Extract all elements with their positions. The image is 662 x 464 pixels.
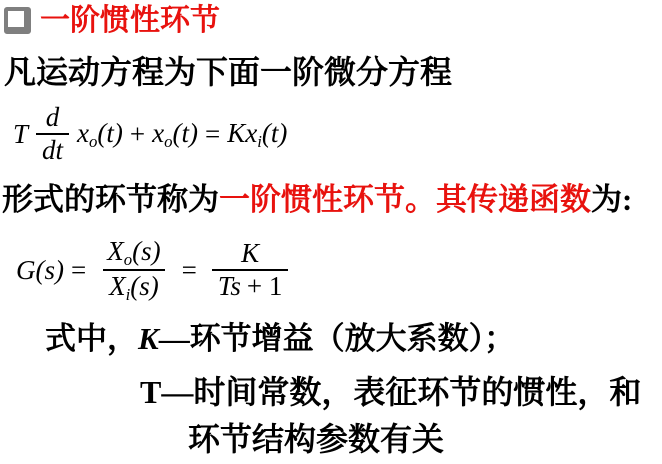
definition-black-prefix: 形式的环节称为 bbox=[2, 182, 219, 217]
fraction-denominator: Ts+ 1 bbox=[212, 269, 289, 302]
note-gain: 式中，K—环节增益（放大系数）； bbox=[45, 320, 515, 359]
math-argument: (t) bbox=[262, 118, 287, 148]
slide-title-row: 一阶惯性环节 bbox=[4, 4, 220, 37]
note-gain-prefix: 式中， bbox=[45, 321, 138, 356]
math-argument: (s) bbox=[130, 271, 159, 301]
definition-black-suffix: 为: bbox=[591, 182, 632, 217]
note-time-constant-continued: 环节结构参数有关 bbox=[188, 419, 444, 459]
math-variable: Ts bbox=[218, 271, 241, 301]
symbol-K: K bbox=[138, 321, 159, 356]
definition-sentence: 形式的环节称为一阶惯性环节。其传递函数为: bbox=[2, 181, 632, 220]
motion-equation: T d dt xo(t) + xo(t) = Kxi(t) bbox=[13, 100, 287, 168]
intro-sentence: 凡运动方程为下面一阶微分方程 bbox=[4, 52, 452, 92]
equals-operator: = bbox=[205, 119, 220, 150]
note-time-constant-text: —时间常数，表征环节的惯性，和 bbox=[161, 374, 641, 410]
slide-title: 一阶惯性环节 bbox=[40, 4, 220, 37]
definition-red-emphasis: 一阶惯性环节。其传递函数 bbox=[219, 182, 591, 217]
math-variable: X bbox=[107, 236, 124, 266]
input-term: Kxi(t) bbox=[227, 118, 287, 151]
math-constant: + 1 bbox=[247, 271, 282, 301]
math-coefficient-T: T bbox=[13, 119, 28, 150]
fraction-numerator: d bbox=[40, 102, 66, 133]
symbol-T: T bbox=[140, 374, 161, 410]
fraction-numerator: Xo(s) bbox=[101, 236, 166, 269]
equals-operator: = bbox=[71, 255, 86, 286]
derivative-fraction: d dt bbox=[36, 102, 69, 166]
output-term: xo(t) bbox=[152, 118, 198, 151]
slide: 一阶惯性环节 凡运动方程为下面一阶微分方程 T d dt xo(t) + xo(… bbox=[0, 0, 662, 464]
math-argument: (t) bbox=[172, 118, 197, 148]
math-argument: (s) bbox=[132, 236, 161, 266]
math-argument: (t) bbox=[97, 118, 122, 148]
math-variable: Kx bbox=[227, 118, 257, 148]
transfer-function-lhs: G(s) bbox=[16, 255, 64, 286]
gain-fraction: K Ts+ 1 bbox=[212, 238, 289, 302]
note-time-constant: T—时间常数，表征环节的惯性，和 bbox=[140, 372, 641, 412]
math-variable: x bbox=[152, 118, 164, 148]
transfer-function-equation: G(s) = Xo(s) Xi(s) = K Ts+ 1 bbox=[16, 230, 296, 310]
fraction-denominator: dt bbox=[36, 133, 69, 166]
math-subscript: o bbox=[124, 250, 132, 269]
math-variable: x bbox=[77, 118, 89, 148]
laplace-ratio-fraction: Xo(s) Xi(s) bbox=[101, 236, 166, 304]
note-gain-text: —环节增益（放大系数）； bbox=[159, 321, 516, 356]
fraction-numerator: K bbox=[235, 238, 265, 269]
math-variable: X bbox=[109, 271, 126, 301]
equals-operator: = bbox=[182, 255, 197, 286]
shadowed-square-bullet-icon bbox=[4, 7, 31, 34]
fraction-denominator: Xi(s) bbox=[103, 269, 165, 304]
output-term: xo(t) bbox=[77, 118, 123, 151]
plus-operator: + bbox=[130, 119, 145, 150]
